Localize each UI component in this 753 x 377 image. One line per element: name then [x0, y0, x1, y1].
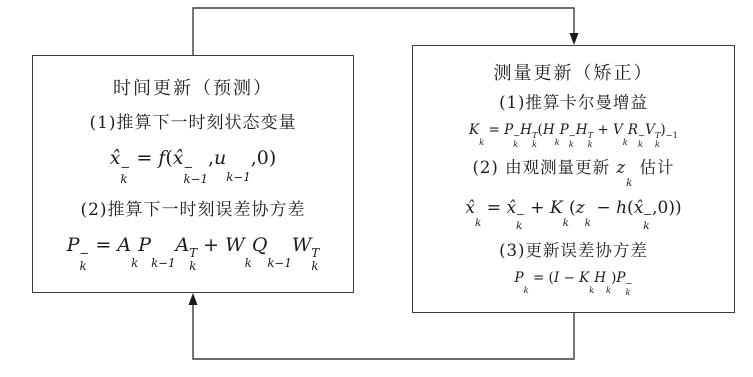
script-stack: k−1 [151, 244, 175, 269]
math-token: ( [569, 198, 576, 218]
kalman-filter-flow-diagram: 时间更新（预测） (1)推算下一时刻状态变量x̂−k = f(x̂−k−1,uk… [0, 0, 753, 377]
math-token: Pk−1 [138, 234, 175, 256]
math-token: ,0)) [652, 198, 681, 218]
math-token: Pk [514, 270, 528, 286]
math-token: Wk [225, 234, 252, 256]
math-token: ( [165, 147, 172, 169]
math-token: VTk [645, 122, 660, 138]
script-stack: −k [80, 247, 90, 272]
text-token: (2)推算下一时刻误差协方差 [80, 200, 305, 220]
time-update-box: 时间更新（预测） (1)推算下一时刻状态变量x̂−k = f(x̂−k−1,uk… [32, 55, 354, 293]
covariance-update-equation: Pk = (I − KkHk)P−k [514, 271, 632, 297]
measurement-update-box: 测量更新（矫正） (1)推算卡尔曼增益Kk = P−kHTk(HkP−kHTk … [412, 45, 735, 313]
top-connector-arrowhead-down-icon [570, 33, 579, 45]
math-token: = ( [529, 270, 554, 286]
math-token: + [525, 198, 550, 218]
math-token: − [591, 198, 616, 218]
script-stack: k [555, 129, 560, 147]
text-token: (1)推算下一时刻状态变量 [89, 113, 296, 133]
math-token: = [484, 122, 504, 138]
math-token: Kk [579, 270, 594, 286]
math-token: uk−1 [214, 147, 251, 169]
text-token: zk [616, 158, 633, 177]
script-stack: k [245, 244, 252, 269]
script-stack: −k [120, 161, 130, 186]
bottom-connector-arrowhead-up-icon [189, 293, 198, 305]
text-token: (1)推算卡尔曼增益 [499, 93, 648, 112]
math-token: P−k [560, 122, 576, 138]
covariance-prediction-equation: P−k = AkPk−1ATk + WkQk−1WTk [67, 235, 320, 273]
script-stack: −k−1 [183, 161, 207, 186]
math-token: Ak [117, 234, 138, 256]
measurement-update-step2-label: (2) 由观测量更新 zk 估计 [472, 159, 674, 189]
time-update-step2-label: (2)推算下一时刻误差协方差 [80, 201, 305, 221]
math-token: ATk [176, 234, 198, 256]
text-token: 估计 [633, 158, 674, 177]
math-token: )−1 [660, 122, 678, 138]
time-update-step1-label: (1)推算下一时刻状态变量 [89, 114, 296, 134]
math-token: = [481, 198, 506, 218]
measurement-update-step3-label: (3)更新误差协方差 [499, 242, 648, 261]
kalman-gain-equation: Kk = P−kHTk(HkP−kHTk + VkR−kVTk)−1 [469, 123, 678, 149]
script-stack: −k [569, 131, 576, 149]
math-token: x̂−k [110, 147, 131, 169]
math-token: R−k [628, 122, 645, 138]
state-prediction-equation: x̂−k = f(x̂−k−1,uk−1,0) [110, 148, 277, 186]
math-token: = [130, 147, 158, 169]
math-token: P−k [67, 234, 90, 256]
math-token: Kk [550, 198, 569, 218]
math-token: x̂−k [634, 198, 652, 218]
math-token: HTk [576, 122, 593, 138]
math-token: WTk [292, 234, 319, 256]
math-token: ( [627, 198, 634, 218]
time-update-box-title: 时间更新（预测） [113, 74, 273, 100]
math-token: Hk [543, 122, 560, 138]
script-stack: −k [643, 210, 652, 233]
math-token: Hk [594, 270, 611, 286]
math-token: zk [576, 198, 591, 218]
script-stack: −k [516, 210, 525, 233]
text-token: (3)更新误差协方差 [499, 241, 648, 260]
script-stack: Tk [189, 247, 197, 272]
math-token: Vk [613, 122, 628, 138]
text-token: (2) 由观测量更新 [472, 158, 616, 177]
math-token: HTk [520, 122, 537, 138]
math-token: Qk−1 [252, 234, 292, 256]
state-update-equation: x̂k = x̂−k + Kk(zk − h(x̂−k,0)) [465, 199, 681, 233]
math-token: Kk [469, 122, 484, 138]
math-token: + [593, 122, 613, 138]
measurement-update-step1-label: (1)推算卡尔曼增益 [499, 94, 648, 113]
script-stack: k−1 [226, 158, 250, 183]
script-stack: −1 [666, 131, 678, 149]
script-stack: −k [638, 131, 645, 149]
math-token: − [559, 270, 579, 286]
script-stack: Tk [311, 247, 319, 272]
math-token: ,0) [251, 147, 277, 169]
math-token: P−k [616, 270, 632, 286]
bottom-connector-line [193, 305, 574, 359]
math-token: x̂−k [506, 198, 524, 218]
script-stack: k−1 [267, 244, 291, 269]
measurement-update-box-title: 测量更新（矫正） [494, 59, 654, 85]
math-token: P−k [504, 122, 520, 138]
math-token: h [616, 198, 627, 218]
math-token: + [197, 234, 225, 256]
math-token: x̂−k−1 [173, 147, 208, 169]
math-token: = [89, 234, 117, 256]
math-token: x̂k [465, 198, 481, 218]
script-stack: −k [625, 279, 632, 297]
